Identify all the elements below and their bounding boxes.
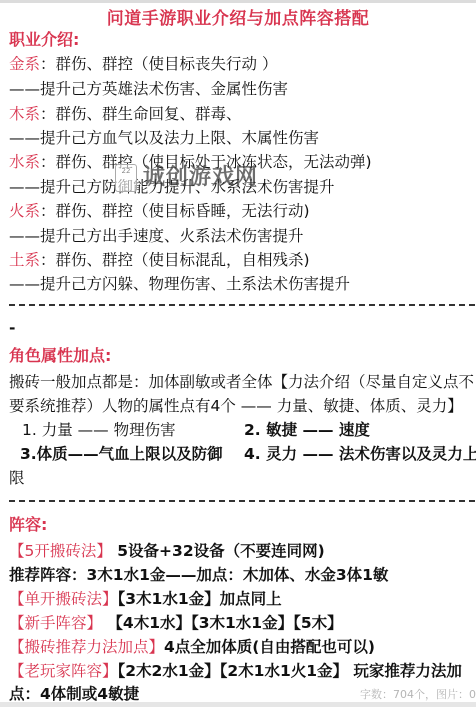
attr-constitution: 3.体质——气血上限以及防御 — [20, 444, 223, 464]
top-border — [0, 0, 476, 3]
attr-wrap: 限 — [9, 468, 25, 488]
lineup-text: 4点全加体质(自由搭配也可以) — [164, 638, 375, 656]
lineup-text: 【4木1水】【3木1水1金】【5木】 — [102, 614, 343, 632]
section-heading-lineup: 阵容: — [9, 515, 47, 535]
class-name: 木系 — [9, 105, 40, 123]
class-gold: 金系：群伤、群控（使目标丧失行动 ） — [9, 54, 277, 74]
lineup-tag: 【老玩家阵容】 — [9, 662, 118, 680]
class-name: 火系 — [9, 202, 40, 220]
class-desc: ：群伤、群控（使目标丧失行动 ） — [40, 55, 277, 73]
lineup-brick-points: 【搬砖推荐力法加点】4点全加体质(自由搭配也可以) — [9, 637, 375, 657]
lineup-text: 5设备+32设备（不要连同网) — [112, 542, 325, 560]
class-desc: ：群伤、群控（使目标昏睡，无法行动) — [40, 202, 310, 220]
page-title: 问道手游职业介绍与加点阵容搭配 — [0, 4, 476, 29]
lineup-newbie: 【新手阵容】 【4木1水】【3木1水1金】【5木】 — [9, 613, 343, 633]
attr-intro-line1: 搬砖一般加点都是：加体副敏或者全体【力法介绍（尽量自定义点不 — [9, 372, 474, 392]
lineup-tag: 【单开搬砖法】 — [9, 590, 118, 608]
class-earth-effect: ——提升己方闪躲、物理伤害、土系法术伤害提升 — [9, 274, 350, 294]
class-fire-effect: ——提升己方出手速度、火系法术伤害提升 — [9, 226, 304, 246]
class-wood: 木系：群伤、群生命回复、群毒、 — [9, 104, 242, 124]
lineup-tag: 【新手阵容】 — [9, 614, 102, 632]
separator — [9, 304, 475, 306]
lineup-veteran: 【老玩家阵容】【2木2水1金】【2木1水1火1金】 玩家推荐力法加 — [9, 661, 462, 681]
class-desc: ：群伤、群控（使目标混乱，自相残杀) — [40, 251, 310, 269]
lineup-veteran-wrap: 点：4体制或4敏捷 — [9, 684, 139, 704]
class-wood-effect: ——提升己方血气以及法力上限、木属性伤害 — [9, 128, 319, 148]
lineup-tag: 【5开搬砖法】 — [9, 542, 112, 560]
lineup-tag: 【搬砖推荐力法加点】 — [9, 638, 164, 656]
section-heading-attributes: 角色属性加点: — [9, 346, 111, 366]
lineup-single: 【单开搬砖法】【3木1水1金】加点同上 — [9, 589, 282, 609]
attr-strength: 1. 力量 —— 物理伤害 — [22, 420, 176, 440]
lineup-text: 【2木2水1金】【2木1水1火1金】 玩家推荐力法加 — [118, 662, 462, 680]
class-name: 土系 — [9, 251, 40, 269]
class-desc: ：群伤、群生命回复、群毒、 — [40, 105, 242, 123]
lineup-text: 【3木1水1金】加点同上 — [118, 590, 282, 608]
word-count-meta: 字数：704个，图片：0 — [360, 686, 476, 702]
watermark: 诚创游戏网 — [143, 160, 258, 191]
lineup-5-accounts: 【5开搬砖法】 5设备+32设备（不要连同网) — [9, 541, 325, 561]
bottom-border — [0, 702, 476, 707]
attr-intro-line2: 要系统推荐）人物的属性点有4个 —— 力量、敏捷、体质、灵力】 — [9, 396, 463, 416]
watermark-badge-icon: 22 — [115, 164, 137, 192]
class-earth: 土系：群伤、群控（使目标混乱，自相残杀) — [9, 250, 310, 270]
section-heading-classes: 职业介绍: — [9, 30, 79, 50]
separator-tail: - — [9, 318, 15, 338]
lineup-recommended: 推荐阵容：3木1水1金——加点：木加体、水金3体1敏 — [9, 565, 388, 585]
attr-agility: 2. 敏捷 —— 速度 — [244, 420, 370, 440]
separator — [9, 500, 475, 502]
class-fire: 火系：群伤、群控（使目标昏睡，无法行动) — [9, 201, 310, 221]
attr-spirit: 4. 灵力 —— 法术伤害以及灵力上 — [244, 444, 476, 464]
class-gold-effect: ——提升己方英雄法术伤害、金属性伤害 — [9, 79, 288, 99]
class-name: 水系 — [9, 153, 40, 171]
class-name: 金系 — [9, 55, 40, 73]
